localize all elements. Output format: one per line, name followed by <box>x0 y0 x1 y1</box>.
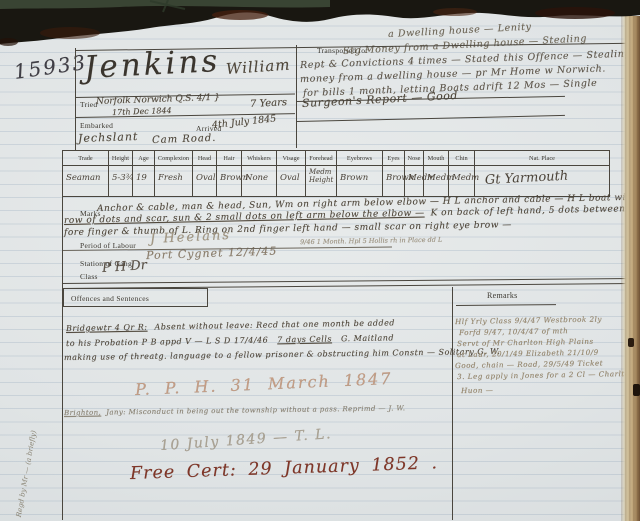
desc-col-mouth: Mouth Medm <box>424 151 449 196</box>
desc-col-nat-place: Nat. Place Gt Yarmouth <box>475 151 610 196</box>
divider-upper <box>296 45 297 148</box>
desc-col-eyes: Eyes Brown <box>383 151 405 196</box>
desc-header-chin: Chin <box>449 151 474 166</box>
desc-value-mouth: Medm <box>424 166 448 196</box>
ticket-of-leave-entry: 10 July 1849 — T. L. <box>159 426 332 454</box>
desc-value-nose: Medm <box>405 166 423 196</box>
desc-value-eyes: Brown <box>383 166 404 196</box>
period-of-labour-value: J Heelans <box>150 228 232 247</box>
remark-line-7: Huon — <box>461 385 493 395</box>
misconduct-entry: Brighton, Jany: Misconduct in being out … <box>64 404 405 417</box>
description-table: Trade Seaman Height 5-3¾ Age 19 Complexi… <box>62 150 610 197</box>
convict-record-page: 15933 Jenkins William Transported for a … <box>0 0 640 521</box>
desc-header-height: Height <box>109 151 132 166</box>
offence-entry-2: to his Probation P B appd V — L S D 17/4… <box>66 333 394 348</box>
desc-value-chin: Medm <box>449 166 474 196</box>
desc-col-nose: Nose Medm <box>405 151 424 196</box>
desc-value-complexion: Fresh <box>155 166 192 196</box>
remarks-header: Remarks <box>487 291 518 300</box>
remarks-underline <box>456 304 556 306</box>
desc-value-head: Oval <box>193 166 216 196</box>
desc-value-hair: Brown <box>217 166 241 196</box>
desc-header-eyes: Eyes <box>383 151 404 166</box>
desc-header-trade: Trade <box>63 151 108 166</box>
remark-line-3: Servt of Mr Charlton High Plains <box>457 337 594 348</box>
remark-line-1: Hlf Yrly Class 9/4/47 Westbrook 2ly <box>455 314 602 326</box>
desc-col-complexion: Complexion Fresh <box>155 151 193 196</box>
desc-header-whiskers: Whiskers <box>242 151 276 166</box>
desc-col-hair: Hair Brown <box>217 151 242 196</box>
ledger-number: 15933 <box>12 50 88 84</box>
desc-col-forehead: Forehead Medm Height <box>306 151 337 196</box>
tried-label: Tried <box>80 100 97 109</box>
remark-line-6: 3. Leg apply in Jones for a 2 Cl — Charl… <box>457 369 635 381</box>
desc-col-chin: Chin Medm <box>449 151 475 196</box>
offences-header: Offences and Sentences <box>71 294 149 303</box>
pph-entry: P. P. H. 31 March 1847 <box>135 369 393 399</box>
offence-2-sentence: 7 days Cells <box>277 334 332 344</box>
edge-mark-2 <box>633 384 640 396</box>
desc-value-visage: Oval <box>277 166 305 196</box>
route-note: Cam Road. <box>152 133 217 146</box>
rule-surgeon-bottom <box>297 115 565 122</box>
offence-entry-3: making use of threatg. language to a fel… <box>64 347 500 362</box>
trial-sentence: 7 Years <box>250 97 288 110</box>
desc-value-trade: Seaman <box>63 166 108 196</box>
given-name: William <box>225 56 291 78</box>
arrived-date: 4th July 1845 <box>211 113 276 131</box>
margin-vertical-note: Regd by Mr — (a briefly) <box>15 400 43 518</box>
desc-value-whiskers: None <box>242 166 276 196</box>
desc-header-visage: Visage <box>277 151 305 166</box>
class-label: Class <box>80 272 98 281</box>
misconduct-place: Brighton, <box>64 408 101 417</box>
page-right-edge <box>621 16 640 521</box>
desc-value-forehead: Medm Height <box>306 166 336 196</box>
offence-1-text: Absent without leave: Recd that one mont… <box>154 318 395 331</box>
offences-header-box: Offences and Sentences <box>63 288 208 307</box>
misconduct-text: Jany: Misconduct in being out the townsh… <box>106 404 405 416</box>
class-value: P H Dr <box>101 258 147 276</box>
border-left-lower <box>62 151 63 520</box>
period-of-labour-note: 9/46 1 Month. Hpl 5 Hollis rh in Place d… <box>300 236 442 246</box>
remark-line-4: at Laur, 20/1/49 Elizabeth 21/10/9 <box>457 348 599 359</box>
offence-entry-1: Bridgewtr 4 Qr R: Absent without leave: … <box>66 318 395 333</box>
desc-col-head: Head Oval <box>193 151 217 196</box>
divider-offences-remarks <box>452 287 453 520</box>
embarked-label: Embarked <box>80 121 113 130</box>
desc-header-nose: Nose <box>405 151 423 166</box>
remark-line-2: Forfd 9/47, 10/4/47 of mth <box>459 326 568 337</box>
remark-line-5: Good, chain — Road, 29/5/49 Ticket <box>455 358 603 370</box>
offence-2-text: to his Probation P B appd V — L S D 17/4… <box>66 335 268 348</box>
ship-name: Jechslant <box>78 130 139 145</box>
offence-2-signature: G. Maitland <box>341 333 394 343</box>
desc-header-hair: Hair <box>217 151 241 166</box>
desc-col-visage: Visage Oval <box>277 151 306 196</box>
desc-col-trade: Trade Seaman <box>63 151 109 196</box>
offence-1-place: Bridgewtr 4 Qr R: <box>66 323 148 333</box>
desc-header-mouth: Mouth <box>424 151 448 166</box>
rule-section-double <box>62 278 632 289</box>
desc-col-height: Height 5-3¾ <box>109 151 133 196</box>
desc-col-whiskers: Whiskers None <box>242 151 277 196</box>
desc-header-forehead: Forehead <box>306 151 336 166</box>
desc-col-eyebrows: Eyebrows Brown <box>337 151 383 196</box>
desc-value-eyebrows: Brown <box>337 166 382 196</box>
desc-header-head: Head <box>193 151 216 166</box>
edge-mark-1 <box>628 338 634 347</box>
desc-col-age: Age 19 <box>133 151 155 196</box>
free-certificate-entry: Free Cert: 29 January 1852 . <box>130 453 439 484</box>
desc-header-complexion: Complexion <box>155 151 192 166</box>
desc-value-age: 19 <box>133 166 154 196</box>
desc-value-height: 5-3¾ <box>109 166 132 196</box>
desc-header-age: Age <box>133 151 154 166</box>
border-left-upper <box>75 48 76 150</box>
book-top-edge <box>0 0 640 46</box>
desc-header-eyebrows: Eyebrows <box>337 151 382 166</box>
